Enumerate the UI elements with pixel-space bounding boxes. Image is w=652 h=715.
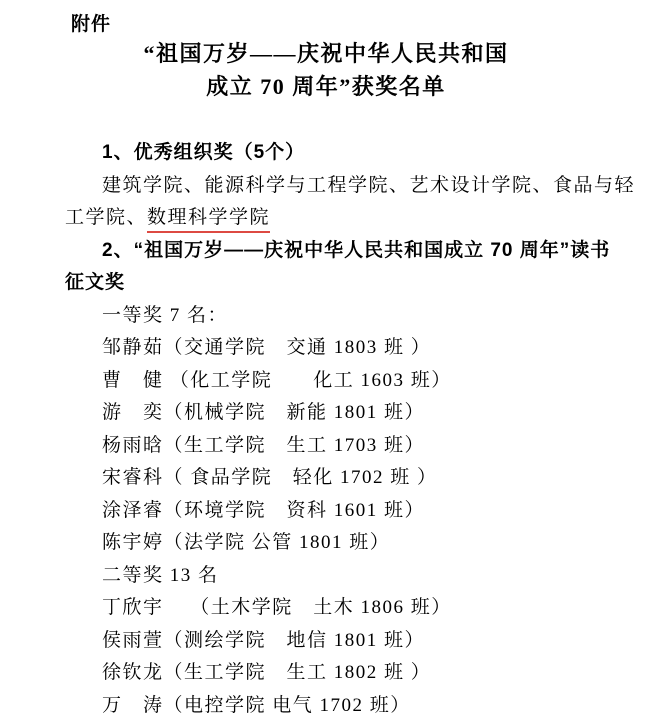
- winner-line: 杨雨晗（生工学院 生工 1703 班）: [65, 430, 617, 463]
- winner-line: 陈宇婷（法学院 公管 1801 班）: [65, 527, 617, 560]
- winner-line: 曹 健 （化工学院 化工 1603 班）: [65, 365, 617, 398]
- section1-body-line2: 工学院、数理科学学院: [65, 202, 617, 235]
- document-title: “祖国万岁——庆祝中华人民共和国 成立 70 周年”获奖名单: [0, 37, 652, 103]
- winner-line: 宋睿科（ 食品学院 轻化 1702 班 ）: [65, 462, 617, 495]
- winner-line: 游 奕（机械学院 新能 1801 班）: [65, 397, 617, 430]
- section1-body-line1: 建筑学院、能源科学与工程学院、艺术设计学院、食品与轻: [65, 170, 617, 203]
- winner-line: 涂泽睿（环境学院 资科 1601 班）: [65, 495, 617, 528]
- section1-body-line2-prefix: 工学院、: [65, 207, 147, 228]
- winner-line: 丁欣宇 （土木学院 土木 1806 班）: [65, 592, 617, 625]
- document-body: 1、优秀组织奖（5个） 建筑学院、能源科学与工程学院、艺术设计学院、食品与轻 工…: [65, 137, 617, 715]
- winner-line: 邹静茹（交通学院 交通 1803 班 ）: [65, 332, 617, 365]
- attachment-label: 附件: [71, 9, 111, 36]
- document-title-line1: “祖国万岁——庆祝中华人民共和国: [0, 37, 652, 70]
- winner-line: 徐钦龙（生工学院 生工 1802 班 ）: [65, 657, 617, 690]
- section1-heading: 1、优秀组织奖（5个）: [65, 137, 617, 170]
- document-title-line2: 成立 70 周年”获奖名单: [0, 70, 652, 103]
- second-prize-label: 二等奖 13 名: [65, 560, 617, 593]
- winner-line: 侯雨萱（测绘学院 地信 1801 班）: [65, 625, 617, 658]
- section1-body-line2-underlined-text: 数理科学学院: [147, 207, 270, 233]
- section2-heading-line2: 征文奖: [65, 267, 617, 300]
- document-page: 附件 “祖国万岁——庆祝中华人民共和国 成立 70 周年”获奖名单 1、优秀组织…: [0, 0, 652, 715]
- winner-line: 万 涛（电控学院 电气 1702 班）: [65, 690, 617, 715]
- section2-heading-line1: 2、“祖国万岁——庆祝中华人民共和国成立 70 周年”读书: [65, 235, 617, 268]
- first-prize-label: 一等奖 7 名：: [65, 300, 617, 333]
